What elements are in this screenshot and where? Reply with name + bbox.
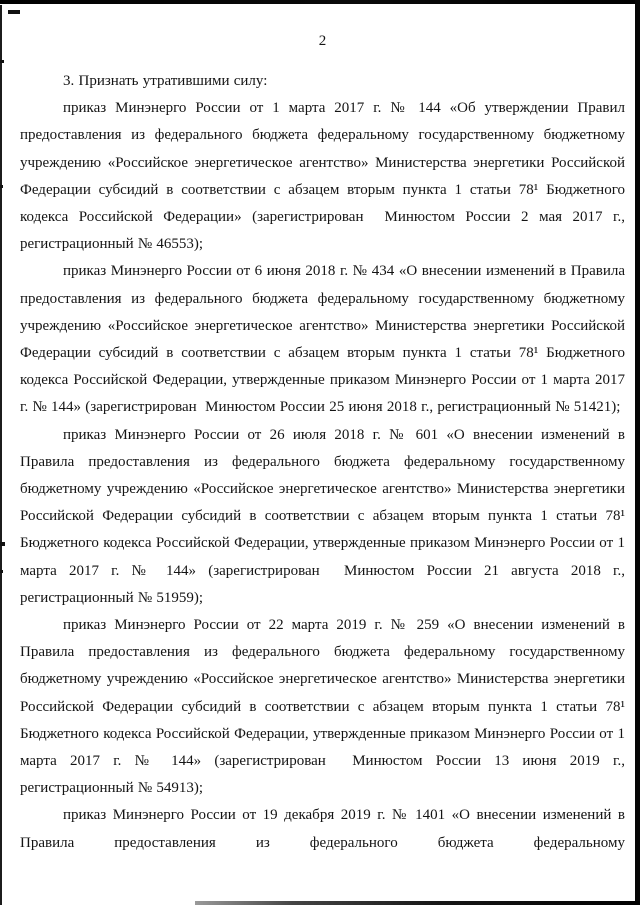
order-paragraph-434: приказ Минэнерго России от 6 июня 2018 г… (20, 258, 625, 421)
page-content: 2 3. Признать утратившими силу: приказ М… (20, 28, 625, 857)
order-paragraph-144: приказ Минэнерго России от 1 марта 2017 … (20, 95, 625, 258)
page-number: 2 (20, 28, 625, 55)
scan-edge-top (0, 0, 640, 4)
scan-edge-bottom (195, 901, 640, 905)
scan-artifact (0, 570, 3, 573)
scan-artifact (8, 10, 20, 14)
clause-3-heading: 3. Признать утратившими силу: (20, 68, 625, 95)
order-paragraph-601: приказ Минэнерго России от 26 июля 2018 … (20, 422, 625, 612)
scan-edge-right (635, 0, 640, 905)
order-paragraph-259: приказ Минэнерго России от 22 марта 2019… (20, 612, 625, 802)
scanned-document-page: 2 3. Признать утратившими силу: приказ М… (0, 0, 640, 905)
scan-artifact (0, 542, 5, 546)
scan-artifact (0, 60, 4, 63)
order-paragraph-1401: приказ Минэнерго России от 19 декабря 20… (20, 802, 625, 856)
scan-artifact (0, 185, 3, 188)
scan-edge-left (0, 5, 2, 905)
